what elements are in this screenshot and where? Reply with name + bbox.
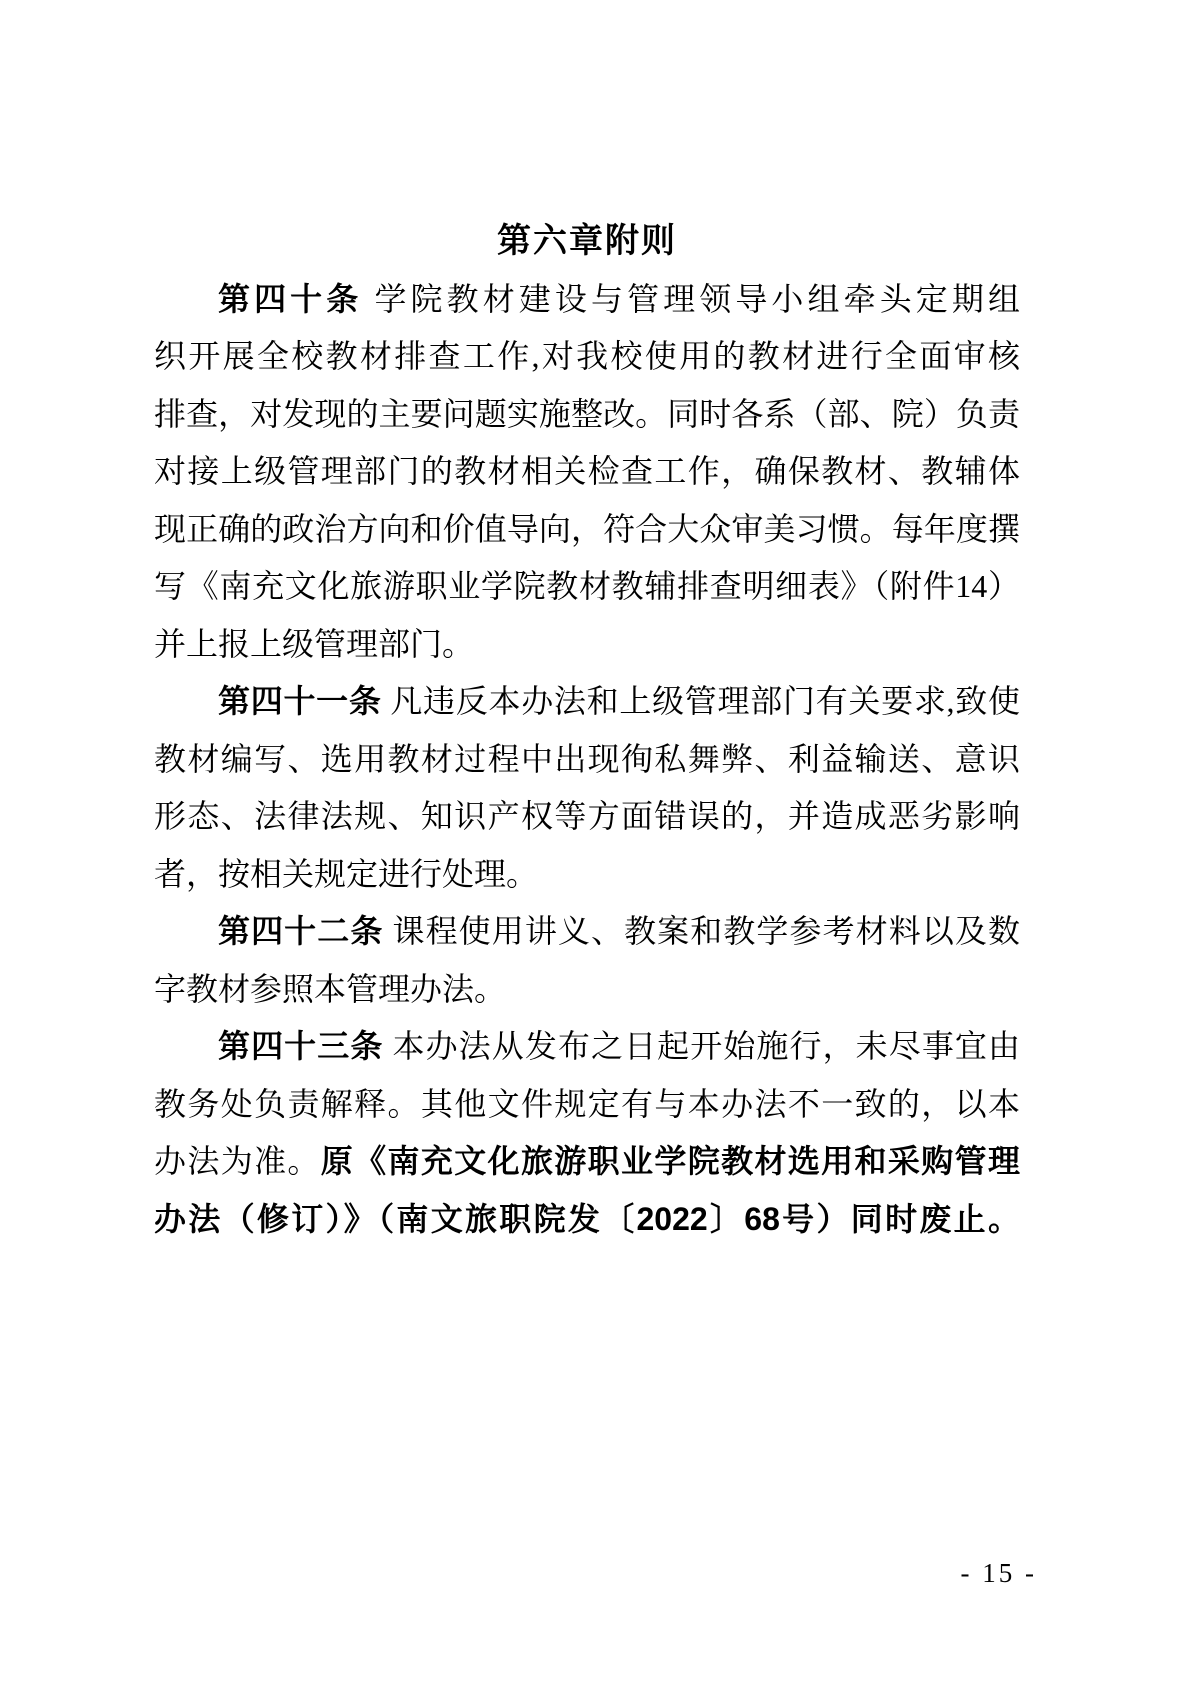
article-number-bold: 第四十三条 [218,1028,383,1064]
document-line: 写《南充文化旅游职业学院教材教辅排查明细表》（附件14） [154,558,1020,616]
text-run: 学院教材建设与管理领导小组牵头定期组 [362,281,1020,317]
document-line: 字教材参照本管理办法。 [154,961,1020,1019]
article-number-bold: 第四十二条 [218,913,383,949]
document-line: 教务处负责解释。其他文件规定有与本办法不一致的，以本 [154,1076,1020,1134]
document-line: 第四十三条 本办法从发布之日起开始施行，未尽事宜由 [154,1018,1020,1076]
document-line: 现正确的政治方向和价值导向，符合大众审美习惯。每年度撰 [154,501,1020,559]
article-number-bold: 第四十条 [218,281,362,317]
document-line: 办法（修订）》（南文旅职院发〔2022〕68号）同时废止。 [154,1191,1020,1249]
document-line: 织开展全校教材排查工作,对我校使用的教材进行全面审核 [154,328,1020,386]
text-run: 凡违反本办法和上级管理部门有关要求,致使 [382,683,1020,719]
chapter-title: 第六章附则 [154,213,1020,271]
document-page: 第六章附则 第四十条 学院教材建设与管理领导小组牵头定期组 织开展全校教材排查工… [0,0,1191,1684]
bold-run: 原《南充文化旅游职业学院教材选用和采购管理 [321,1143,1020,1179]
document-line: 形态、法律法规、知识产权等方面错误的，并造成恶劣影响 [154,788,1020,846]
text-run: 排查，对发现的主要问题实施整改。同时各系（部、院）负责 [154,396,1020,432]
text-run: 教材编写、选用教材过程中出现徇私舞弊、利益输送、意识 [154,741,1020,777]
document-body: 第六章附则 第四十条 学院教材建设与管理领导小组牵头定期组 织开展全校教材排查工… [154,213,1020,1248]
document-line: 第四十条 学院教材建设与管理领导小组牵头定期组 [154,271,1020,329]
text-run: 形态、法律法规、知识产权等方面错误的，并造成恶劣影响 [154,798,1020,834]
article-number-bold: 第四十一条 [218,683,382,719]
document-line: 第四十二条 课程使用讲义、教案和教学参考材料以及数 [154,903,1020,961]
text-run: 教务处负责解释。其他文件规定有与本办法不一致的，以本 [154,1086,1020,1122]
text-run: 办法为准。 [154,1143,321,1179]
text-run: 课程使用讲义、教案和教学参考材料以及数 [383,913,1020,949]
text-run: 并上报上级管理部门。 [154,626,474,662]
text-run: 写《南充文化旅游职业学院教材教辅排查明细表》（附件14） [154,568,1020,604]
document-line: 对接上级管理部门的教材相关检查工作，确保教材、教辅体 [154,443,1020,501]
text-run: 字教材参照本管理办法。 [154,971,506,1007]
document-line: 者，按相关规定进行处理。 [154,846,1020,904]
page-number: - 15 - [961,1558,1037,1589]
document-line: 办法为准。原《南充文化旅游职业学院教材选用和采购管理 [154,1133,1020,1191]
text-run: 现正确的政治方向和价值导向，符合大众审美习惯。每年度撰 [154,511,1020,547]
text-run: 者，按相关规定进行处理。 [154,856,538,892]
text-run: 织开展全校教材排查工作,对我校使用的教材进行全面审核 [154,338,1020,374]
document-line: 教材编写、选用教材过程中出现徇私舞弊、利益输送、意识 [154,731,1020,789]
text-run: 本办法从发布之日起开始施行，未尽事宜由 [383,1028,1020,1064]
document-line: 第四十一条 凡违反本办法和上级管理部门有关要求,致使 [154,673,1020,731]
document-line: 排查，对发现的主要问题实施整改。同时各系（部、院）负责 [154,386,1020,444]
article-number-bold: 办法（修订）》（南文旅职院发〔2022〕68号）同时废止。 [154,1201,1020,1237]
text-run: 对接上级管理部门的教材相关检查工作，确保教材、教辅体 [154,453,1020,489]
document-line: 并上报上级管理部门。 [154,616,1020,674]
